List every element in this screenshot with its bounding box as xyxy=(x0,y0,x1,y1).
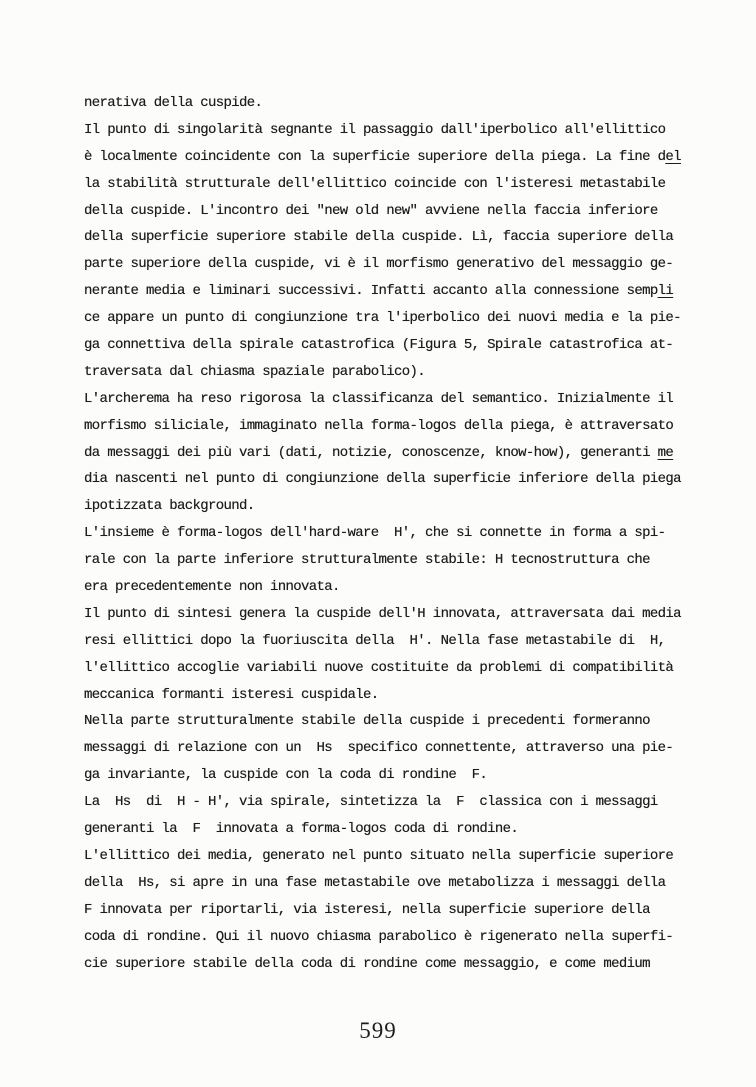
text-line: La Hs di H - H', via spirale, sintetizza… xyxy=(84,789,709,816)
text-line: traversata dal chiasma spaziale paraboli… xyxy=(84,359,709,386)
text-line: della superficie superiore stabile della… xyxy=(84,224,709,251)
text-line: ipotizzata background. xyxy=(84,493,709,520)
text-line: cie superiore stabile della coda di rond… xyxy=(84,951,709,978)
text-line: Il punto di sintesi genera la cuspide de… xyxy=(84,601,709,628)
text-line: dia nascenti nel punto di congiunzione d… xyxy=(84,466,709,493)
text-line: ga connettiva della spirale catastrofica… xyxy=(84,332,709,359)
text-line: L'archerema ha reso rigorosa la classifi… xyxy=(84,386,709,413)
document-page: nerativa della cuspide.Il punto di singo… xyxy=(0,0,756,1087)
continuation-underline: me xyxy=(658,445,674,461)
text-line: generanti la F innovata a forma-logos co… xyxy=(84,816,709,843)
continuation-underline: li xyxy=(658,283,674,299)
text-line: è localmente coincidente con la superfic… xyxy=(84,144,709,171)
text-line: era precedentemente non innovata. xyxy=(84,574,709,601)
text-line: morfismo siliciale, immaginato nella for… xyxy=(84,413,709,440)
text-line: Il punto di singolarità segnante il pass… xyxy=(84,117,709,144)
text-line: parte superiore della cuspide, vi è il m… xyxy=(84,251,709,278)
text-line: della Hs, si apre in una fase metastabil… xyxy=(84,870,709,897)
text-line: L'insieme è forma-logos dell'hard-ware H… xyxy=(84,520,709,547)
text-line: meccanica formanti isteresi cuspidale. xyxy=(84,682,709,709)
text-line: F innovata per riportarli, via isteresi,… xyxy=(84,897,709,924)
continuation-underline: el xyxy=(665,149,681,165)
text-line: L'ellittico dei media, generato nel punt… xyxy=(84,843,709,870)
text-line: Nella parte strutturalmente stabile dell… xyxy=(84,708,709,735)
text-line: rale con la parte inferiore strutturalme… xyxy=(84,547,709,574)
text-line: della cuspide. L'incontro dei "new old n… xyxy=(84,198,709,225)
page-number: 599 xyxy=(0,1018,756,1044)
text-line: nerativa della cuspide. xyxy=(84,90,709,117)
body-text: nerativa della cuspide.Il punto di singo… xyxy=(84,90,709,977)
text-line: resi ellittici dopo la fuoriuscita della… xyxy=(84,628,709,655)
text-line: messaggi di relazione con un Hs specific… xyxy=(84,735,709,762)
text-line: da messaggi dei più vari (dati, notizie,… xyxy=(84,440,709,467)
text-line: coda di rondine. Qui il nuovo chiasma pa… xyxy=(84,924,709,951)
text-line: ga invariante, la cuspide con la coda di… xyxy=(84,762,709,789)
text-line: nerante media e liminari successivi. Inf… xyxy=(84,278,709,305)
text-line: ce appare un punto di congiunzione tra l… xyxy=(84,305,709,332)
text-line: l'ellittico accoglie variabili nuove cos… xyxy=(84,655,709,682)
text-line: la stabilità strutturale dell'ellittico … xyxy=(84,171,709,198)
